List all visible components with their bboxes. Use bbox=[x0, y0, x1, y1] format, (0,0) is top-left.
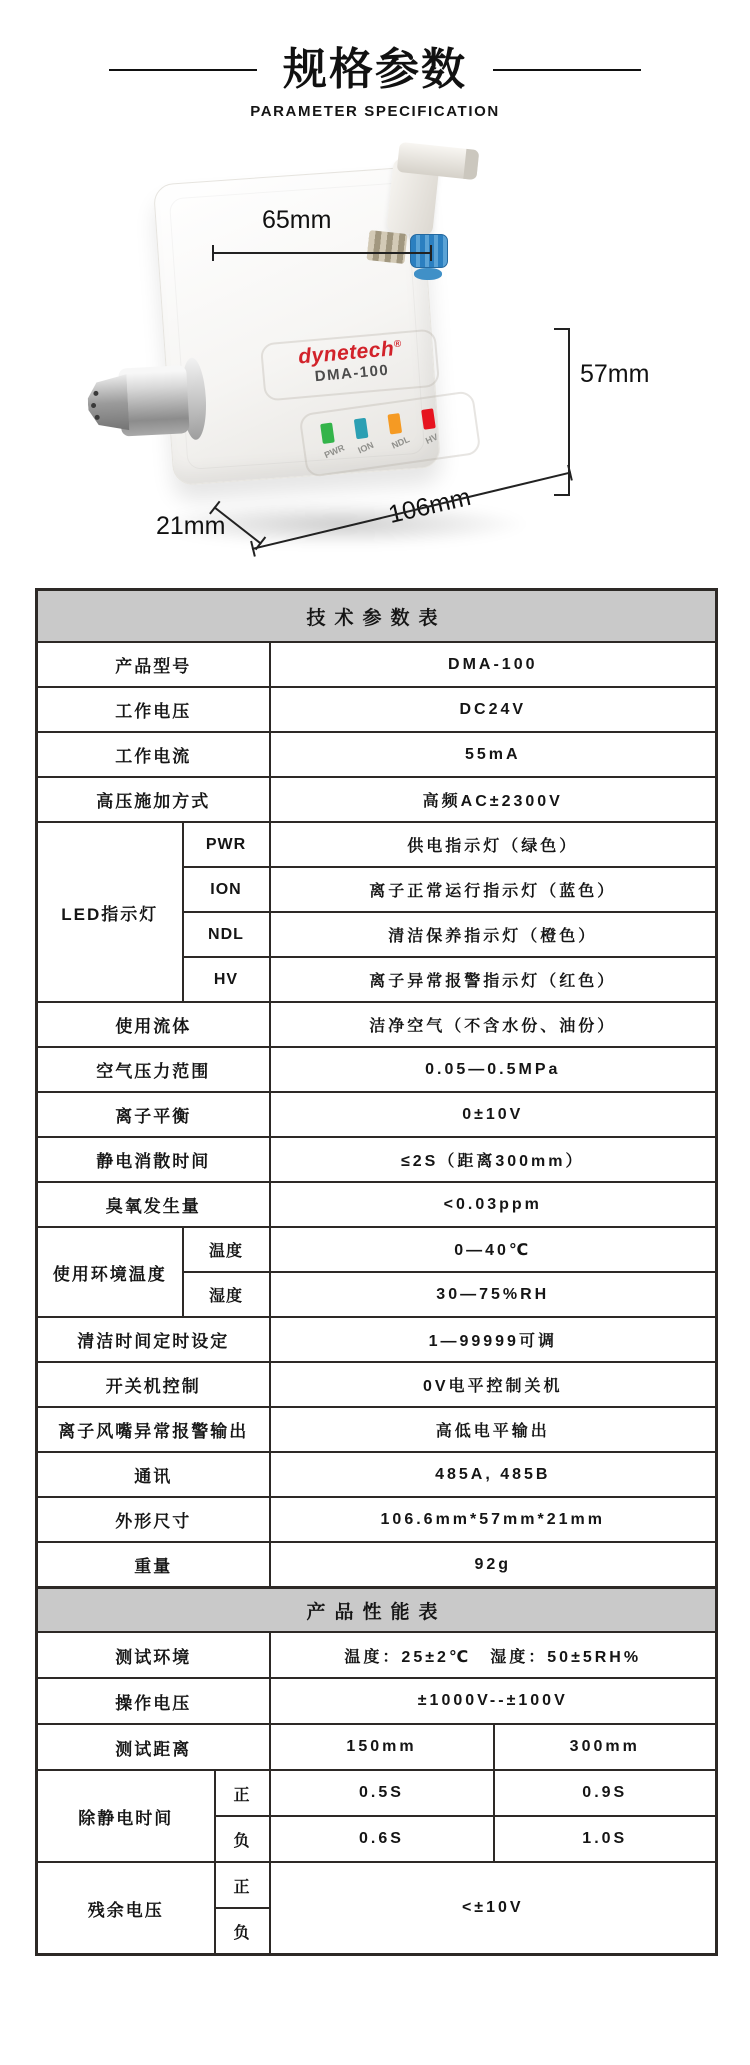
dimension-line-top bbox=[212, 252, 432, 254]
table-row: LED指示灯 PWR 供电指示灯（绿色） bbox=[37, 822, 717, 867]
spec-header-row: 技术参数表 bbox=[37, 590, 717, 643]
power-led-icon bbox=[320, 423, 335, 444]
valve-base bbox=[414, 268, 442, 280]
row-value: 高频AC±2300V bbox=[270, 777, 717, 822]
group-label: 除静电时间 bbox=[37, 1770, 215, 1862]
row-label: 测试距离 bbox=[37, 1724, 270, 1770]
row-sublabel: 负 bbox=[215, 1908, 270, 1955]
table-row: 空气压力范围0.05—0.5MPa bbox=[37, 1047, 717, 1092]
row-label: 开关机控制 bbox=[37, 1362, 270, 1407]
row-value: 300mm bbox=[494, 1724, 717, 1770]
row-label: 外形尺寸 bbox=[37, 1497, 270, 1542]
ion-nozzle bbox=[84, 357, 218, 450]
dimension-top-width: 65mm bbox=[262, 206, 331, 235]
row-label: 高压施加方式 bbox=[37, 777, 270, 822]
table-row: 静电消散时间≤2S（距离300mm） bbox=[37, 1137, 717, 1182]
perf-header-row: 产品性能表 bbox=[37, 1588, 717, 1633]
row-label: 清洁时间定时设定 bbox=[37, 1317, 270, 1362]
air-fitting bbox=[352, 146, 502, 296]
registered-mark: ® bbox=[393, 339, 402, 351]
row-value: 0.5S bbox=[270, 1770, 494, 1816]
row-value: <0.03ppm bbox=[270, 1182, 717, 1227]
row-value: 106.6mm*57mm*21mm bbox=[270, 1497, 717, 1542]
row-value: 0.9S bbox=[494, 1770, 717, 1816]
row-value: 55mA bbox=[270, 732, 717, 777]
blue-valve-knob bbox=[410, 234, 448, 268]
table-row: 残余电压 正 <±10V bbox=[37, 1862, 717, 1908]
table-row: 重量92g bbox=[37, 1542, 717, 1588]
row-value: 0.6S bbox=[270, 1816, 494, 1862]
table-row: 测试环境温度：25±2℃ 湿度：50±5RH% bbox=[37, 1632, 717, 1678]
row-value: 92g bbox=[270, 1542, 717, 1588]
row-value: ±1000V--±100V bbox=[270, 1678, 717, 1724]
table-row: 通讯485A, 485B bbox=[37, 1452, 717, 1497]
table-row: 测试距离 150mm 300mm bbox=[37, 1724, 717, 1770]
row-value: 高低电平输出 bbox=[270, 1407, 717, 1452]
row-label: 重量 bbox=[37, 1542, 270, 1588]
row-value: <±10V bbox=[270, 1862, 717, 1955]
led-unit: NDL bbox=[387, 413, 405, 449]
row-label: 使用流体 bbox=[37, 1002, 270, 1047]
hv-led-icon bbox=[421, 409, 436, 430]
row-label: 静电消散时间 bbox=[37, 1137, 270, 1182]
row-value: 150mm bbox=[270, 1724, 494, 1770]
performance-table: 产品性能表 测试环境温度：25±2℃ 湿度：50±5RH% 操作电压±1000V… bbox=[35, 1586, 718, 1956]
row-value: 0V电平控制关机 bbox=[270, 1362, 717, 1407]
dimension-depth: 21mm bbox=[156, 512, 225, 541]
table-row: 使用流体洁净空气（不含水份、油份） bbox=[37, 1002, 717, 1047]
row-sublabel: 正 bbox=[215, 1770, 270, 1816]
group-label: LED指示灯 bbox=[37, 822, 183, 1002]
row-value: 0.05—0.5MPa bbox=[270, 1047, 717, 1092]
page-title: 规格参数 bbox=[283, 46, 467, 94]
row-value: 30—75%RH bbox=[270, 1272, 717, 1317]
row-value: 1.0S bbox=[494, 1816, 717, 1862]
table-row: 除静电时间 正 0.5S 0.9S bbox=[37, 1770, 717, 1816]
height-tick-bottom bbox=[554, 494, 570, 496]
table-row: 工作电压DC24V bbox=[37, 687, 717, 732]
row-value: DC24V bbox=[270, 687, 717, 732]
title-rule-left bbox=[109, 69, 257, 71]
title-rule-right bbox=[493, 69, 641, 71]
row-label: 工作电流 bbox=[37, 732, 270, 777]
row-sublabel: PWR bbox=[183, 822, 270, 867]
row-label: 通讯 bbox=[37, 1452, 270, 1497]
group-label: 残余电压 bbox=[37, 1862, 215, 1955]
row-sublabel: HV bbox=[183, 957, 270, 1002]
row-sublabel: 湿度 bbox=[183, 1272, 270, 1317]
table-row: 清洁时间定时设定1—99999可调 bbox=[37, 1317, 717, 1362]
row-label: 空气压力范围 bbox=[37, 1047, 270, 1092]
table-row: 外形尺寸106.6mm*57mm*21mm bbox=[37, 1497, 717, 1542]
row-sublabel: 正 bbox=[215, 1862, 270, 1908]
page-subtitle: PARAMETER SPECIFICATION bbox=[0, 103, 750, 120]
title-row: 规格参数 bbox=[0, 46, 750, 94]
row-value: 温度：25±2℃ 湿度：50±5RH% bbox=[270, 1632, 717, 1678]
tables-section: 技术参数表 产品型号DMA-100 工作电压DC24V 工作电流55mA 高压施… bbox=[35, 588, 715, 1956]
row-sublabel: ION bbox=[183, 867, 270, 912]
table-row: 离子平衡0±10V bbox=[37, 1092, 717, 1137]
row-sublabel: 温度 bbox=[183, 1227, 270, 1272]
height-tick-top bbox=[554, 328, 570, 330]
row-value: DMA-100 bbox=[270, 642, 717, 687]
row-value: 0—40℃ bbox=[270, 1227, 717, 1272]
table-row: 开关机控制0V电平控制关机 bbox=[37, 1362, 717, 1407]
spec-table-title: 技术参数表 bbox=[37, 590, 717, 643]
row-value: 0±10V bbox=[270, 1092, 717, 1137]
spec-table: 技术参数表 产品型号DMA-100 工作电压DC24V 工作电流55mA 高压施… bbox=[35, 588, 718, 1589]
ion-led-icon bbox=[354, 418, 369, 439]
row-value: 供电指示灯（绿色） bbox=[270, 822, 717, 867]
table-row: 离子风嘴异常报警输出高低电平输出 bbox=[37, 1407, 717, 1452]
row-value: ≤2S（距离300mm） bbox=[270, 1137, 717, 1182]
table-row: 高压施加方式高频AC±2300V bbox=[37, 777, 717, 822]
row-label: 离子风嘴异常报警输出 bbox=[37, 1407, 270, 1452]
row-value: 485A, 485B bbox=[270, 1452, 717, 1497]
table-row: 使用环境温度 温度 0—40℃ bbox=[37, 1227, 717, 1272]
row-value: 离子异常报警指示灯（红色） bbox=[270, 957, 717, 1002]
row-label: 臭氧发生量 bbox=[37, 1182, 270, 1227]
row-label: 操作电压 bbox=[37, 1678, 270, 1724]
row-label: 工作电压 bbox=[37, 687, 270, 732]
row-label: 离子平衡 bbox=[37, 1092, 270, 1137]
table-row: 工作电流55mA bbox=[37, 732, 717, 777]
page: 规格参数 PARAMETER SPECIFICATION dynetech® bbox=[0, 0, 750, 2065]
row-value: 1—99999可调 bbox=[270, 1317, 717, 1362]
group-label: 使用环境温度 bbox=[37, 1227, 183, 1317]
product-figure: dynetech® DMA-100 PWR ION NDL HV 65mm bbox=[0, 120, 750, 582]
row-value: 离子正常运行指示灯（蓝色） bbox=[270, 867, 717, 912]
table-row: 产品型号DMA-100 bbox=[37, 642, 717, 687]
row-value: 清洁保养指示灯（橙色） bbox=[270, 912, 717, 957]
row-sublabel: NDL bbox=[183, 912, 270, 957]
row-label: 产品型号 bbox=[37, 642, 270, 687]
table-row: 操作电压±1000V--±100V bbox=[37, 1678, 717, 1724]
dimension-height: 57mm bbox=[580, 360, 649, 389]
row-label: 测试环境 bbox=[37, 1632, 270, 1678]
row-sublabel: 负 bbox=[215, 1816, 270, 1862]
header: 规格参数 PARAMETER SPECIFICATION bbox=[0, 0, 750, 120]
perf-table-title: 产品性能表 bbox=[37, 1588, 717, 1633]
needle-led-icon bbox=[387, 413, 402, 434]
led-unit: ION bbox=[354, 418, 372, 454]
brass-nut bbox=[367, 230, 408, 264]
row-value: 洁净空气（不含水份、油份） bbox=[270, 1002, 717, 1047]
table-row: 臭氧发生量<0.03ppm bbox=[37, 1182, 717, 1227]
